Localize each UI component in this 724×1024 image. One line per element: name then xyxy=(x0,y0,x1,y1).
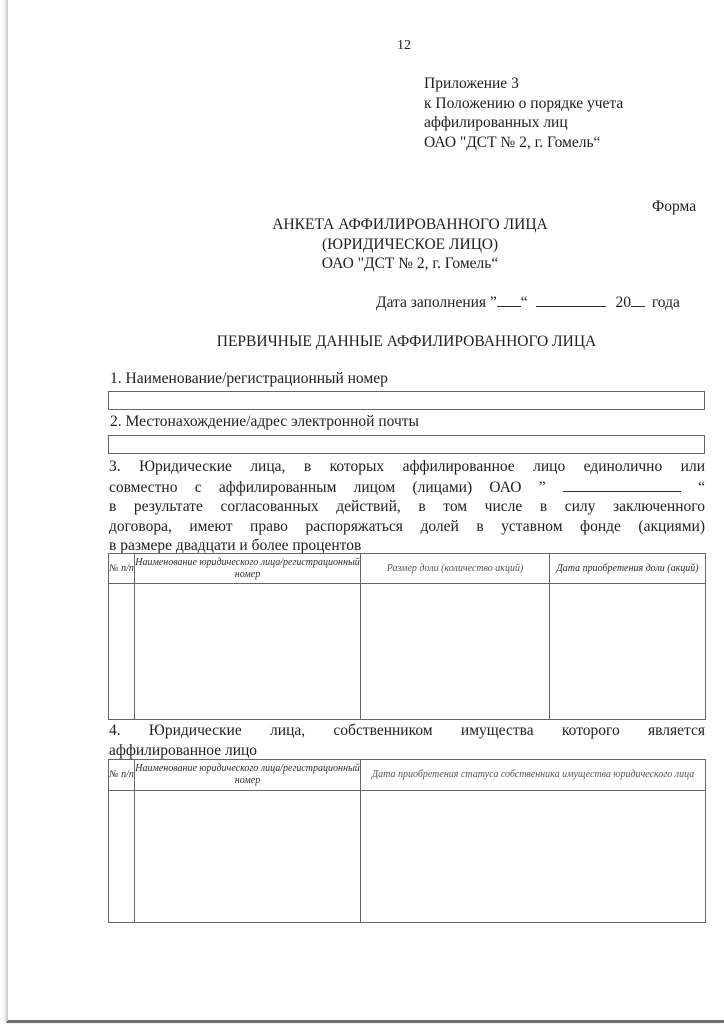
appendix-line: Приложение 3 xyxy=(424,74,623,94)
header-number: № п/п xyxy=(109,760,135,791)
header-share-acquisition-date: Дата приобретения доли (акций) xyxy=(550,554,706,584)
field-label-address: 2. Местонахождение/адрес электронной поч… xyxy=(110,413,419,431)
section-3-text: 3. Юридические лица, в которых аффилиров… xyxy=(109,457,705,556)
section-3-line: в результате согласованных действий, в т… xyxy=(109,497,705,517)
fill-date-year-prefix: 20 xyxy=(615,294,631,311)
section-4-line: аффилированное лицо xyxy=(109,741,705,761)
fill-date-day-blank[interactable] xyxy=(497,292,521,307)
section-4-table: № п/п Наименование юридического лица/рег… xyxy=(108,759,706,923)
cell-share-size[interactable] xyxy=(361,584,550,720)
close-quote: “ xyxy=(698,479,705,496)
cell-number[interactable] xyxy=(109,584,135,720)
appendix-line: к Положению о порядке учета xyxy=(424,94,623,114)
header-ownership-date: Дата приобретения статуса собственника и… xyxy=(361,760,706,791)
appendix-line: аффилированных лиц xyxy=(424,113,623,133)
company-name-blank[interactable] xyxy=(563,477,681,492)
section-4-line: 4. Юридические лица, собственником имуще… xyxy=(109,721,705,741)
cell-share-acquisition-date[interactable] xyxy=(550,584,706,720)
fill-date-label: Дата заполнения ” xyxy=(376,294,497,311)
fill-date-year-blank[interactable] xyxy=(631,292,645,307)
fill-date-month-blank[interactable] xyxy=(536,292,606,307)
table-row xyxy=(109,584,706,720)
section-3-line-text: совместно с аффилированным лицом (лицами… xyxy=(109,479,546,496)
section-3-line: 3. Юридические лица, в которых аффилиров… xyxy=(109,457,705,477)
title-line-2: (ЮРИДИЧЕСКОЕ ЛИЦО) xyxy=(230,235,590,255)
title-line-1: АНКЕТА АФФИЛИРОВАННОГО ЛИЦА xyxy=(230,215,590,235)
field-label-name: 1. Наименование/регистрационный номер xyxy=(110,370,388,388)
address-email-field[interactable] xyxy=(108,435,705,454)
header-legal-entity-name: Наименование юридического лица/регистрац… xyxy=(135,760,361,791)
fill-date-year-suffix: года xyxy=(652,294,680,311)
section-heading: ПЕРВИЧНЫЕ ДАННЫЕ АФФИЛИРОВАННОГО ЛИЦА xyxy=(108,333,705,351)
table-row xyxy=(109,791,706,923)
fill-date: Дата заполнения ”“ 20 года xyxy=(376,292,680,312)
header-legal-entity-name: Наименование юридического лица/регистрац… xyxy=(135,554,361,584)
cell-legal-entity-name[interactable] xyxy=(135,584,361,720)
page-number: 12 xyxy=(397,38,411,54)
section-3-line: договора, имеют право распоряжаться доле… xyxy=(109,517,705,537)
fill-date-quote: “ xyxy=(521,294,528,311)
section-4-text: 4. Юридические лица, собственником имуще… xyxy=(109,721,705,760)
name-registration-field[interactable] xyxy=(108,391,705,410)
cell-legal-entity-name[interactable] xyxy=(135,791,361,923)
header-share-size: Размер доли (количество акций) xyxy=(361,554,550,584)
document-title: АНКЕТА АФФИЛИРОВАННОГО ЛИЦА (ЮРИДИЧЕСКОЕ… xyxy=(230,215,590,274)
title-line-3: ОАО "ДСТ № 2, г. Гомель“ xyxy=(230,254,590,274)
appendix-reference: Приложение 3 к Положению о порядке учета… xyxy=(424,74,623,152)
header-number: № п/п xyxy=(109,554,135,584)
cell-ownership-date[interactable] xyxy=(361,791,706,923)
form-label: Форма xyxy=(652,198,696,216)
section-3-line: совместно с аффилированным лицом (лицами… xyxy=(109,477,705,498)
section-3-table: № п/п Наименование юридического лица/рег… xyxy=(108,553,706,720)
appendix-line: ОАО "ДСТ № 2, г. Гомель“ xyxy=(424,133,623,153)
cell-number[interactable] xyxy=(109,791,135,923)
